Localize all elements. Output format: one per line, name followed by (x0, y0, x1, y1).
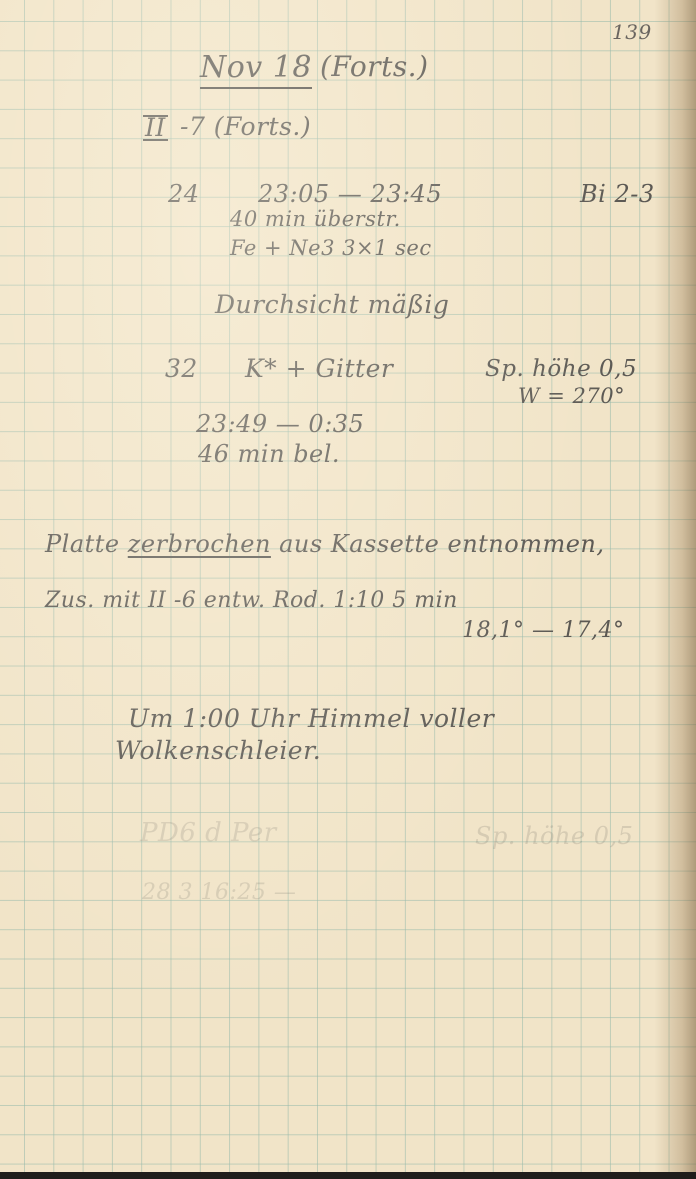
bleed-through-line1-right: Sp. höhe 0,5 (475, 822, 633, 850)
entry-24-duration: 40 min überstr. (230, 207, 401, 231)
plate-broken-prefix: Platte (45, 530, 120, 558)
plate-broken-underlined: zerbrochen (128, 530, 271, 558)
entry-24-time: 23:05 — 23:45 (258, 180, 442, 208)
page-number: 139 (612, 20, 652, 44)
entry-32-slit-height: Sp. höhe 0,5 (485, 356, 637, 382)
entry-32-number: 32 (165, 354, 198, 383)
bleed-through-line1: PD6 d Per (140, 818, 277, 848)
entry-32-angle: W = 270° (518, 384, 625, 408)
entry-32-time: 23:49 — 0:35 (196, 410, 364, 438)
sky-note-line1: Um 1:00 Uhr Himmel voller (128, 704, 494, 733)
entry-date: Nov 18 (200, 50, 312, 89)
entry-32-object: K* + Gitter (245, 354, 393, 383)
sky-note-line2: Wolkenschleier. (115, 736, 321, 765)
entry-32-exposure: 46 min bel. (198, 440, 340, 468)
plate-broken-note: Platte zerbrochen aus Kassette entnommen… (45, 530, 605, 558)
entry-date-note: (Forts.) (320, 50, 429, 83)
development-note: Zus. mit II -6 entw. Rod. 1:10 5 min (45, 588, 458, 613)
plate-broken-suffix: aus Kassette entnommen, (279, 530, 604, 558)
entry-24-seeing: Bi 2-3 (580, 180, 655, 208)
entry-24-number: 24 (168, 180, 200, 208)
plate-series: II (143, 115, 168, 141)
transparency-note: Durchsicht mäßig (215, 290, 449, 319)
plate-number: -7 (Forts.) (180, 112, 311, 141)
bottom-edge-shadow (0, 1172, 696, 1179)
entry-24-comparison: Fe + Ne3 3×1 sec (230, 236, 432, 260)
notebook-page: 139 Nov 18 (Forts.) II -7 (Forts.) 24 23… (0, 0, 696, 1172)
development-temperatures: 18,1° — 17,4° (462, 618, 624, 643)
bleed-through-line2: 28 3 16:25 — (142, 880, 296, 905)
